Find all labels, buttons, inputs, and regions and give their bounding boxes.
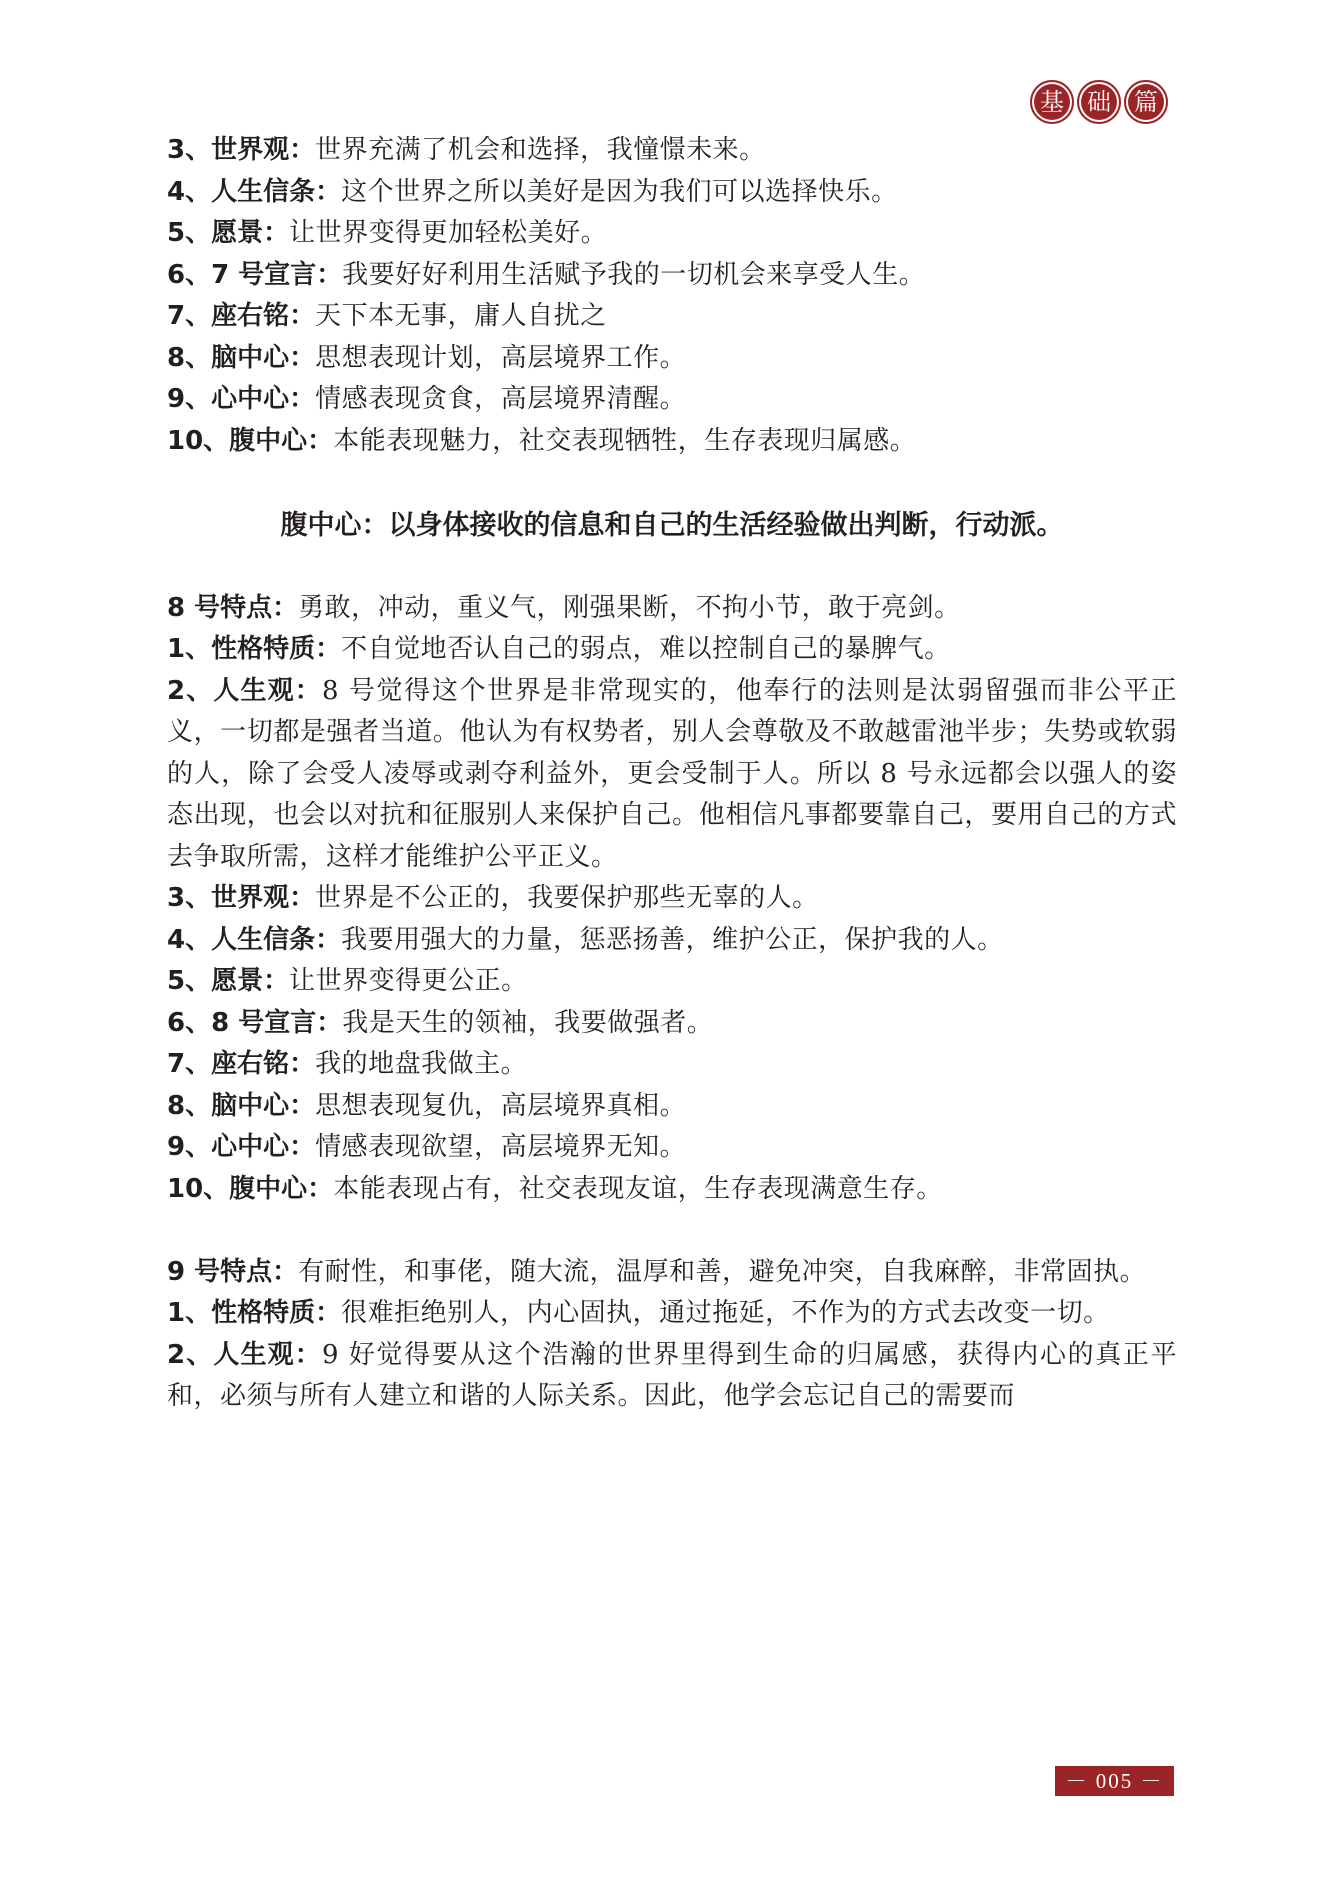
item-label: 8、脑中心： bbox=[167, 1091, 315, 1121]
item-label: 5、愿景： bbox=[167, 966, 289, 996]
chapter-badge: 基 bbox=[1030, 80, 1074, 124]
item-text: 情感表现贪食，高层境界清醒。 bbox=[315, 384, 686, 414]
spacer bbox=[167, 1210, 1177, 1252]
list-item: 10、腹中心：本能表现占有，社交表现友谊，生存表现满意生存。 bbox=[167, 1169, 1177, 1211]
item-label: 2、人生观： bbox=[167, 676, 322, 706]
item-text: 这个世界之所以美好是因为我们可以选择快乐。 bbox=[341, 177, 898, 207]
item-text: 让世界变得更公正。 bbox=[289, 966, 528, 996]
item-text: 本能表现魅力，社交表现牺牲，生存表现归属感。 bbox=[333, 426, 916, 456]
chapter-badge: 篇 bbox=[1124, 80, 1168, 124]
list-item: 9、心中心：情感表现贪食，高层境界清醒。 bbox=[167, 379, 1177, 421]
item-label: 7、座右铭： bbox=[167, 1049, 315, 1079]
chapter-badge: 础 bbox=[1077, 80, 1121, 124]
item-label: 3、世界观： bbox=[167, 135, 315, 165]
item-text: 勇敢，冲动，重义气，刚强果断，不拘小节，敢于亮剑。 bbox=[298, 593, 961, 623]
item-label: 8、脑中心： bbox=[167, 343, 315, 373]
item-label: 9、心中心： bbox=[167, 1132, 315, 1162]
item-label: 1、性格特质： bbox=[167, 1298, 341, 1328]
type9-life-view: 2、人生观：9 好觉得要从这个浩瀚的世界里得到生命的归属感，获得内心的真正平和，… bbox=[167, 1335, 1177, 1418]
item-text: 不自觉地否认自己的弱点，难以控制自己的暴脾气。 bbox=[341, 634, 951, 664]
type9-personality: 1、性格特质：很难拒绝别人，内心固执，通过拖延，不作为的方式去改变一切。 bbox=[167, 1293, 1177, 1335]
list-item: 7、座右铭：天下本无事，庸人自扰之 bbox=[167, 296, 1177, 338]
list-item: 7、座右铭：我的地盘我做主。 bbox=[167, 1044, 1177, 1086]
item-label: 9 号特点： bbox=[167, 1257, 298, 1287]
item-text: 我的地盘我做主。 bbox=[315, 1049, 527, 1079]
item-label: 10、腹中心： bbox=[167, 426, 333, 456]
page-number: － 005 － bbox=[1055, 1766, 1174, 1796]
list-item: 10、腹中心：本能表现魅力，社交表现牺牲，生存表现归属感。 bbox=[167, 421, 1177, 463]
list-item: 9、心中心：情感表现欲望，高层境界无知。 bbox=[167, 1127, 1177, 1169]
item-text: 有耐性，和事佬，随大流，温厚和善，避免冲突，自我麻醉，非常固执。 bbox=[298, 1257, 1146, 1287]
item-text: 世界是不公正的，我要保护那些无辜的人。 bbox=[315, 883, 819, 913]
chapter-badges: 基 础 篇 bbox=[1030, 80, 1168, 124]
list-item: 6、8 号宣言：我是天生的领袖，我要做强者。 bbox=[167, 1003, 1177, 1045]
item-text: 世界充满了机会和选择，我憧憬未来。 bbox=[315, 135, 766, 165]
item-text: 本能表现占有，社交表现友谊，生存表现满意生存。 bbox=[333, 1174, 943, 1204]
item-label: 5、愿景： bbox=[167, 218, 289, 248]
item-text: 很难拒绝别人，内心固执，通过拖延，不作为的方式去改变一切。 bbox=[341, 1298, 1110, 1328]
type8-traits: 8 号特点：勇敢，冲动，重义气，刚强果断，不拘小节，敢于亮剑。 bbox=[167, 588, 1177, 630]
item-label: 7、座右铭： bbox=[167, 301, 315, 331]
type8-personality: 1、性格特质：不自觉地否认自己的弱点，难以控制自己的暴脾气。 bbox=[167, 629, 1177, 671]
item-label: 3、世界观： bbox=[167, 883, 315, 913]
item-label: 4、人生信条： bbox=[167, 177, 341, 207]
item-label: 10、腹中心： bbox=[167, 1174, 333, 1204]
list-item: 5、愿景：让世界变得更加轻松美好。 bbox=[167, 213, 1177, 255]
list-item: 5、愿景：让世界变得更公正。 bbox=[167, 961, 1177, 1003]
section-heading: 腹中心：以身体接收的信息和自己的生活经验做出判断，行动派。 bbox=[167, 505, 1177, 547]
type8-life-view: 2、人生观：8 号觉得这个世界是非常现实的，他奉行的法则是汰弱留强而非公平正义，… bbox=[167, 671, 1177, 879]
item-text: 让世界变得更加轻松美好。 bbox=[289, 218, 607, 248]
item-text: 我要好好利用生活赋予我的一切机会来享受人生。 bbox=[342, 260, 925, 290]
item-text: 天下本无事，庸人自扰之 bbox=[315, 301, 607, 331]
item-label: 6、8 号宣言： bbox=[167, 1008, 342, 1038]
list-item: 8、脑中心：思想表现复仇，高层境界真相。 bbox=[167, 1086, 1177, 1128]
item-text: 情感表现欲望，高层境界无知。 bbox=[315, 1132, 686, 1162]
item-label: 1、性格特质： bbox=[167, 634, 341, 664]
item-label: 6、7 号宣言： bbox=[167, 260, 342, 290]
list-item: 3、世界观：世界是不公正的，我要保护那些无辜的人。 bbox=[167, 878, 1177, 920]
item-text: 思想表现复仇，高层境界真相。 bbox=[315, 1091, 686, 1121]
list-item: 6、7 号宣言：我要好好利用生活赋予我的一切机会来享受人生。 bbox=[167, 255, 1177, 297]
list-item: 4、人生信条：这个世界之所以美好是因为我们可以选择快乐。 bbox=[167, 172, 1177, 214]
item-label: 2、人生观： bbox=[167, 1340, 322, 1370]
list-item: 8、脑中心：思想表现计划，高层境界工作。 bbox=[167, 338, 1177, 380]
item-text: 我是天生的领袖，我要做强者。 bbox=[342, 1008, 713, 1038]
item-label: 8 号特点： bbox=[167, 593, 298, 623]
item-text: 思想表现计划，高层境界工作。 bbox=[315, 343, 686, 373]
type9-traits: 9 号特点：有耐性，和事佬，随大流，温厚和善，避免冲突，自我麻醉，非常固执。 bbox=[167, 1252, 1177, 1294]
item-label: 4、人生信条： bbox=[167, 925, 341, 955]
list-item: 4、人生信条：我要用强大的力量，惩恶扬善，维护公正，保护我的人。 bbox=[167, 920, 1177, 962]
page-body: 3、世界观：世界充满了机会和选择，我憧憬未来。 4、人生信条：这个世界之所以美好… bbox=[167, 130, 1177, 1418]
item-label: 9、心中心： bbox=[167, 384, 315, 414]
list-item: 3、世界观：世界充满了机会和选择，我憧憬未来。 bbox=[167, 130, 1177, 172]
item-text: 我要用强大的力量，惩恶扬善，维护公正，保护我的人。 bbox=[341, 925, 1004, 955]
